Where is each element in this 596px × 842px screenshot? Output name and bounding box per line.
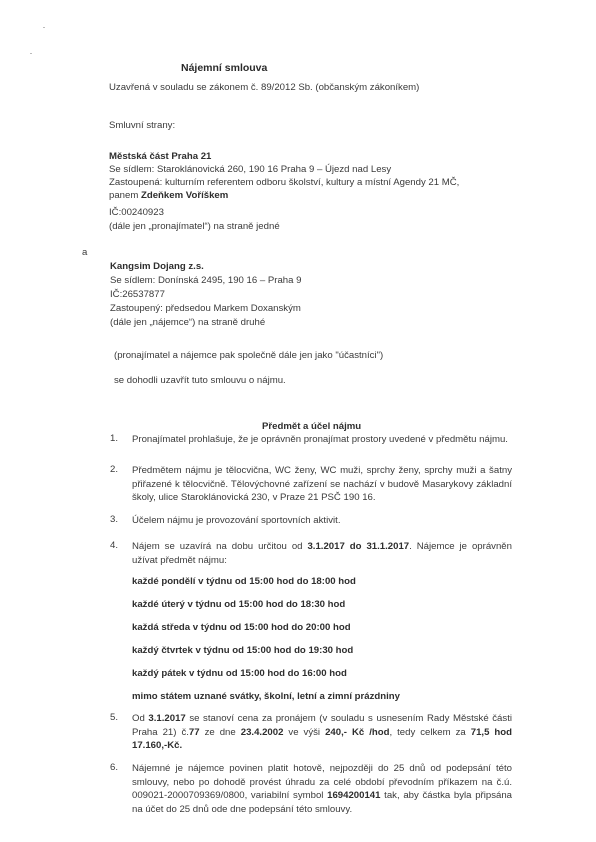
schedule-line: každá středa v týdnu od 15:00 hod do 20:… (132, 622, 351, 634)
tenant-seat: Se sídlem: Donínská 2495, 190 16 – Praha… (110, 275, 301, 287)
tenant-ic: IČ:26537877 (110, 289, 165, 301)
hourly-rate: 240,- Kč /hod (325, 727, 389, 738)
schedule-line: každý pátek v týdnu od 15:00 hod do 16:0… (132, 668, 347, 680)
clause-number: 6. (110, 762, 118, 774)
clause-text: Nájem se uzavírá na dobu určitou od 3.1.… (132, 540, 512, 567)
resolution-number: 77 (189, 727, 200, 738)
clause-text-part: ve výši (283, 727, 325, 738)
clause-text-part: Od (132, 713, 148, 724)
schedule-line: každé úterý v týdnu od 15:00 hod do 18:3… (132, 599, 345, 611)
clause-text: Pronajímatel prohlašuje, že je oprávněn … (132, 433, 512, 447)
clause-number: 1. (110, 433, 118, 445)
tenant-name: Kangsim Dojang z.s. (110, 261, 204, 273)
clause-text: Předmětem nájmu je tělocvična, WC ženy, … (132, 464, 512, 505)
landlord-seat: Se sídlem: Staroklánovická 260, 190 16 P… (109, 164, 391, 176)
clause-number: 4. (110, 540, 118, 552)
tenant-role: (dále jen „nájemce“) na straně druhé (110, 317, 265, 329)
clause-number: 3. (110, 514, 118, 526)
clause-number: 2. (110, 464, 118, 476)
section-heading: Předmět a účel nájmu (262, 421, 361, 433)
scan-speck (43, 27, 45, 28)
scan-speck (30, 53, 32, 54)
schedule-line: každé pondělí v týdnu od 15:00 hod do 18… (132, 576, 356, 588)
clause-number: 5. (110, 712, 118, 724)
resolution-date: 23.4.2002 (241, 727, 284, 738)
document-title: Nájemní smlouva (181, 62, 267, 74)
representative-name: Zdeňkem Voříškem (141, 190, 228, 201)
schedule-line: každý čtvrtek v týdnu od 15:00 hod do 19… (132, 645, 353, 657)
landlord-represented: Zastoupená: kulturním referentem odboru … (109, 177, 459, 189)
clause-text-part: Nájem se uzavírá na dobu určitou od (132, 541, 307, 552)
representative-prefix: panem (109, 190, 141, 201)
clause-text: Nájemné je nájemce povinen platit hotově… (132, 762, 512, 816)
parties-label: Smluvní strany: (109, 120, 175, 132)
landlord-role: (dále jen „pronajímatel“) na straně jedn… (109, 221, 280, 233)
variable-symbol: 1694200141 (327, 790, 380, 801)
agreement-statement: se dohodli uzavřít tuto smlouvu o nájmu. (114, 375, 286, 387)
participants-note: (pronajímatel a nájemce pak společně dál… (114, 350, 383, 362)
clause-text: Účelem nájmu je provozování sportovních … (132, 514, 512, 528)
clause-text: Od 3.1.2017 se stanoví cena za pronájem … (132, 712, 512, 753)
document-subtitle: Uzavřená v souladu se zákonem č. 89/2012… (109, 82, 419, 94)
tenant-represented: Zastoupený: předsedou Markem Doxanským (110, 303, 301, 315)
landlord-representative: panem Zdeňkem Voříškem (109, 190, 228, 202)
landlord-name: Městská část Praha 21 (109, 151, 211, 163)
conjunction: a (82, 247, 87, 259)
schedule-exceptions: mimo státem uznané svátky, školní, letní… (132, 691, 400, 703)
price-start-date: 3.1.2017 (148, 713, 185, 724)
rental-period: 3.1.2017 do 31.1.2017 (307, 541, 409, 552)
landlord-ic: IČ:00240923 (109, 207, 164, 219)
clause-text-part: ze dne (200, 727, 241, 738)
clause-text-part: , tedy celkem za (389, 727, 470, 738)
